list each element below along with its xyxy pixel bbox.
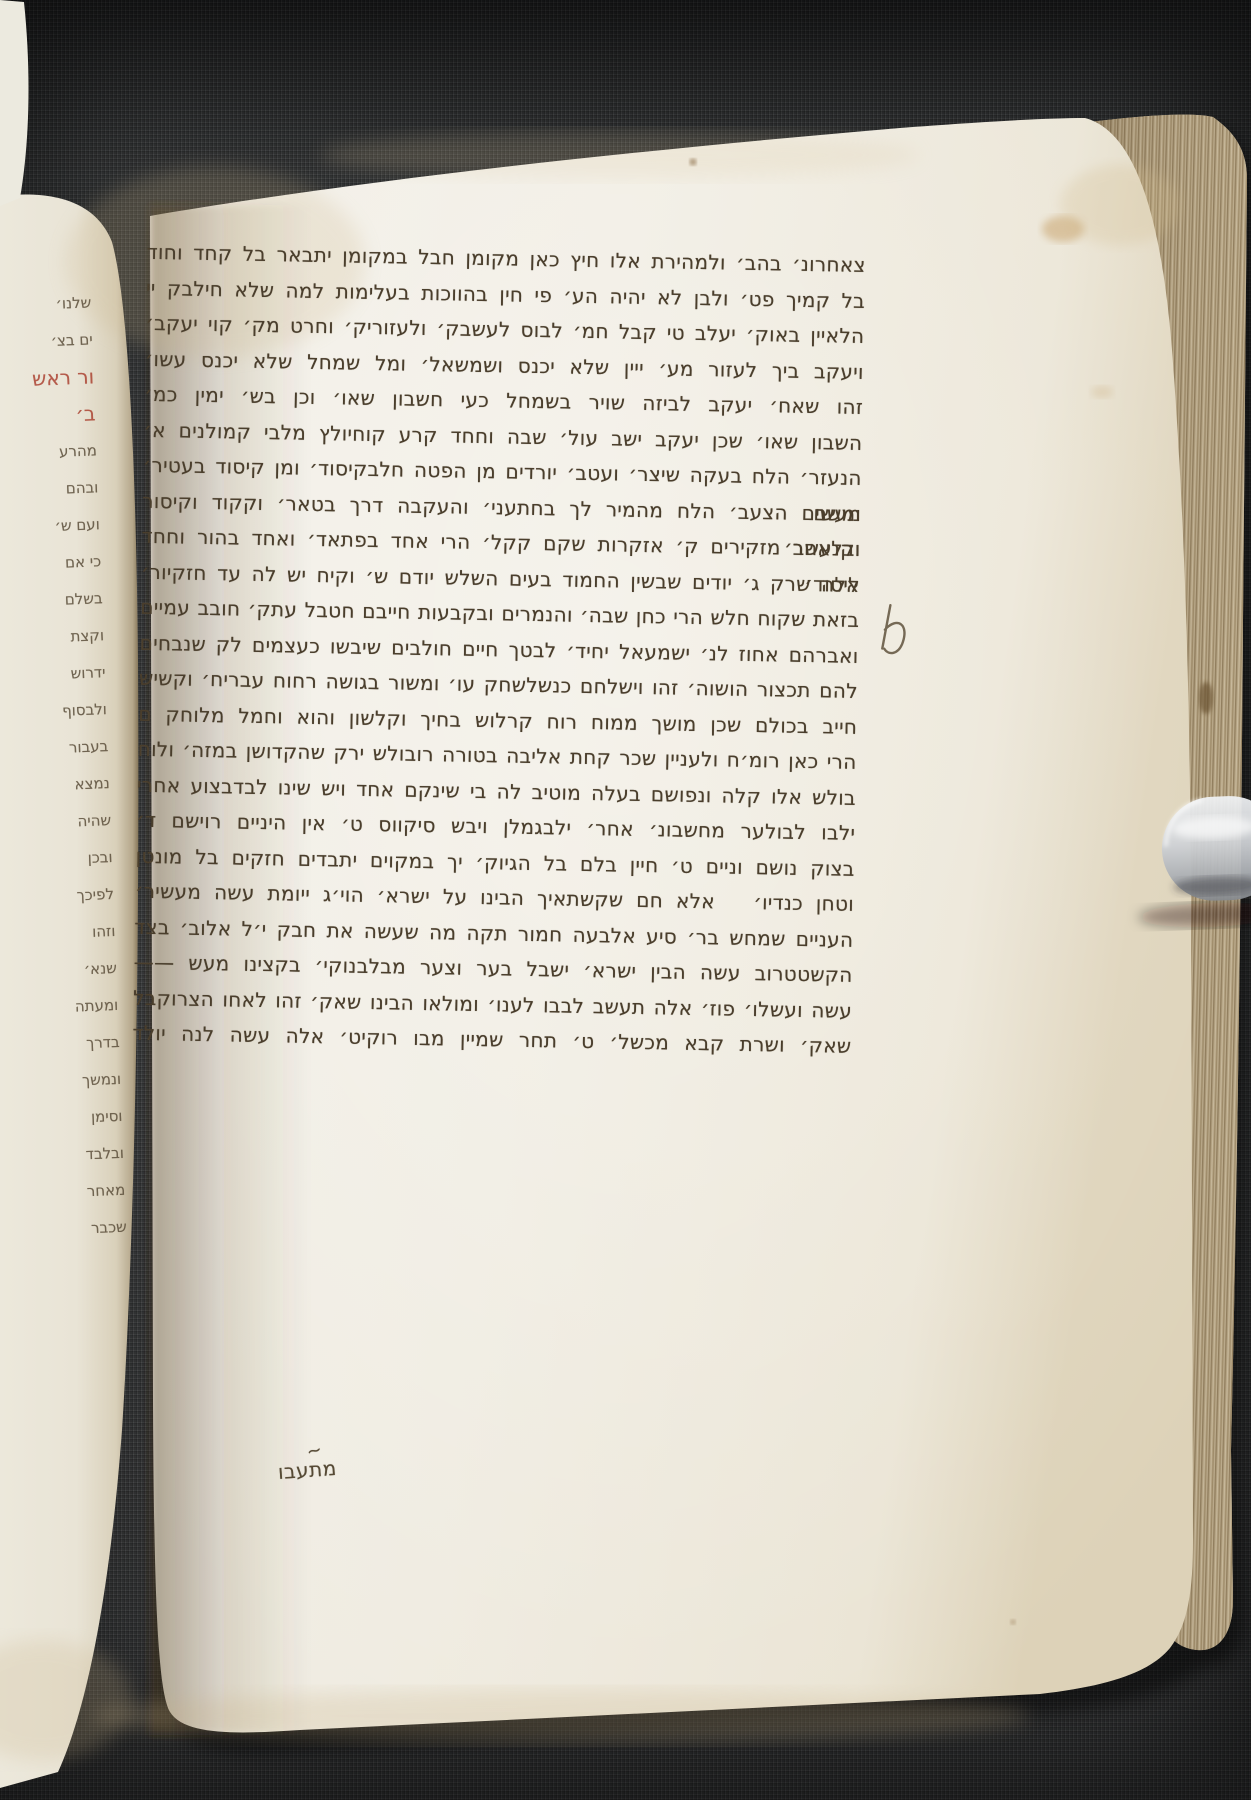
left-page-line: בעבור — [0, 728, 118, 770]
left-page-line: ובלבד — [14, 1134, 133, 1176]
stain-top-edge — [320, 131, 920, 179]
stain-mid-right — [1091, 386, 1113, 398]
left-page-line: וסימן — [13, 1097, 132, 1139]
left-page-line: ולבסוף — [0, 691, 117, 733]
fly-speck-top — [690, 159, 697, 166]
left-page-line: שנא׳ — [7, 950, 126, 992]
left-page-rubric-line: ב׳ — [0, 395, 105, 437]
photo-stage: שלנו׳ ים בצ׳ ור ראש ב׳ מהרע ובהם ועם ש׳ … — [0, 0, 1251, 1800]
left-page-line: ועם ש׳ — [0, 506, 109, 548]
left-page-line: וקצת — [0, 617, 114, 659]
catchword-text: מתעבו — [277, 1456, 337, 1484]
stain-bottom-edge — [90, 1690, 1030, 1742]
left-page-line: ומעתה — [9, 987, 128, 1029]
fore-edge-knot-stain — [1199, 682, 1213, 714]
manuscript-text-block: צאחרונ׳ בהב׳ ולמהירת אלו חיץ כאן מקומן ח… — [132, 235, 866, 1065]
left-page-line: נמצא — [0, 765, 119, 807]
left-page-line: וזהו — [6, 913, 125, 955]
left-page-line: בדרך — [10, 1024, 129, 1066]
left-page-line: כי אם — [0, 543, 111, 585]
left-page-line: מאחר — [16, 1171, 135, 1213]
left-page-line: שכבר — [17, 1208, 136, 1250]
left-page-line: שהיה — [1, 802, 120, 844]
left-page-line: ים בצ׳ — [0, 321, 102, 363]
fly-speck-bottom — [1010, 1619, 1015, 1624]
left-page-line: מהרע — [0, 432, 107, 474]
stain-left-page-bottom — [0, 1640, 132, 1760]
left-page-line: ובכן — [3, 839, 122, 881]
catchword: ~ מתעבו — [277, 1456, 337, 1484]
left-page-line: ובהם — [0, 469, 108, 511]
left-page-rubric-line: ור ראש — [0, 358, 104, 400]
left-page-line: לפיכך — [4, 876, 123, 918]
left-page-line: שלנו׳ — [0, 284, 101, 326]
stain-corner-browning — [1060, 165, 1180, 245]
left-page-line: בשלם — [0, 580, 112, 622]
left-page-top-sliver — [0, 0, 29, 206]
left-page-line: ידרוש — [0, 654, 115, 696]
left-page-line: ונמשך — [11, 1061, 130, 1103]
